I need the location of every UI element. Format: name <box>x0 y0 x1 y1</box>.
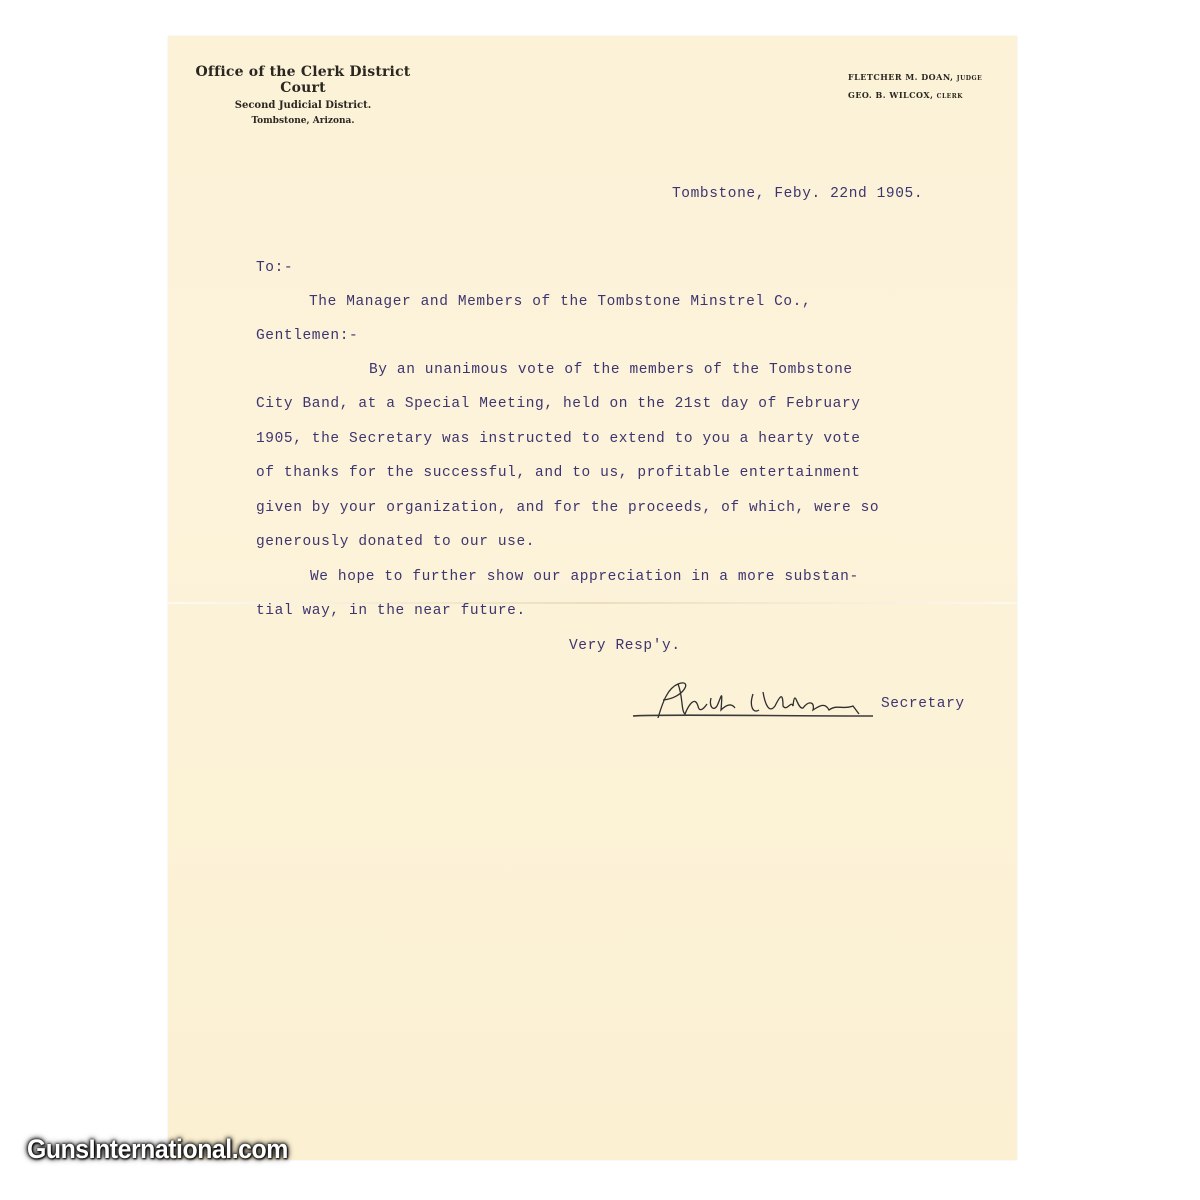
to-line: To:- <box>256 260 293 276</box>
clerk-role: CLERK <box>937 93 963 100</box>
judge-name: FLETCHER M. DOAN, <box>848 72 953 82</box>
closing: Very Resp'y. <box>569 638 681 654</box>
judge-role: JUDGE <box>957 75 982 82</box>
salutation: Gentlemen:- <box>256 328 358 344</box>
letterhead-office: Office of the Clerk District Court <box>183 64 423 96</box>
letterhead-location: Tombstone, Arizona. <box>183 116 423 126</box>
dateline: Tombstone, Feby. 22nd 1905. <box>672 186 923 202</box>
letterhead-right: FLETCHER M. DOAN, JUDGE GEO. B. WILCOX, … <box>848 69 982 105</box>
watermark-logo: GunsInternational.com <box>27 1134 288 1165</box>
signature-icon <box>623 676 883 726</box>
body-line: of thanks for the successful, and to us,… <box>256 465 861 481</box>
letterhead-judge: FLETCHER M. DOAN, JUDGE <box>848 69 982 87</box>
body-line: generously donated to our use. <box>256 534 535 550</box>
addressee: The Manager and Members of the Tombstone… <box>309 294 811 310</box>
clerk-name: GEO. B. WILCOX, <box>848 90 933 100</box>
letterhead-clerk: GEO. B. WILCOX, CLERK <box>848 87 982 105</box>
body-line: given by your organization, and for the … <box>256 500 879 516</box>
body-line: We hope to further show our appreciation… <box>310 569 859 585</box>
body-line: City Band, at a Special Meeting, held on… <box>256 396 861 412</box>
letter-paper: Office of the Clerk District Court Secon… <box>168 36 1017 1160</box>
body-line: tial way, in the near future. <box>256 603 526 619</box>
signer-title: Secretary <box>881 696 965 712</box>
letterhead-left: Office of the Clerk District Court Secon… <box>183 64 423 126</box>
body-line: 1905, the Secretary was instructed to ex… <box>256 431 861 447</box>
body-line: By an unanimous vote of the members of t… <box>369 362 853 378</box>
letterhead-district: Second Judicial District. <box>183 100 423 111</box>
